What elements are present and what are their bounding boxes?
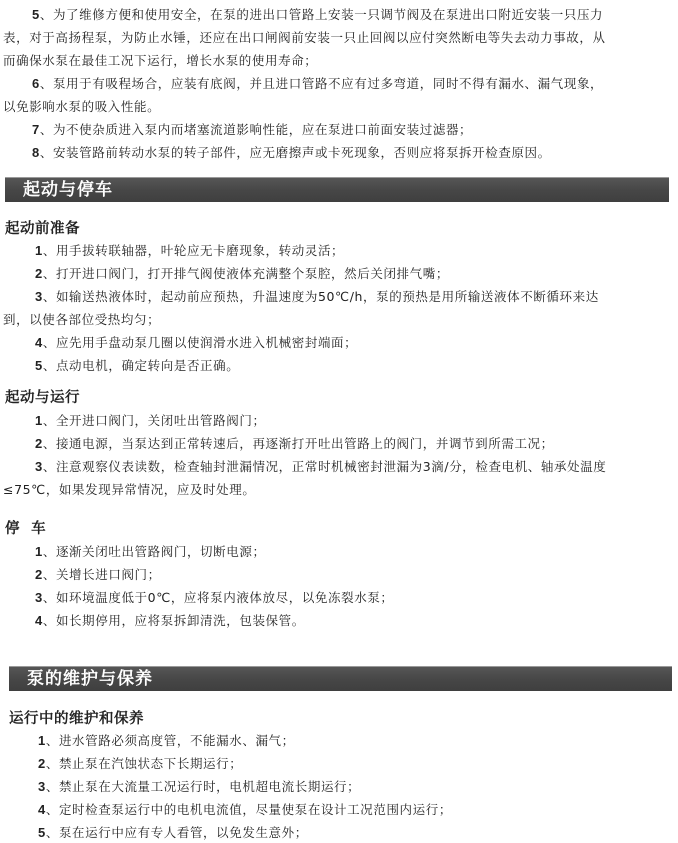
pre-start-item-3-line-1: 3、如输送热液体时，起动前应预热，升温速度为50℃/h，泵的预热是用所输送液体不… bbox=[35, 286, 599, 309]
maintenance-item-5: 5、泵在运行中应有专人看管，以免发生意外； bbox=[38, 822, 308, 843]
subheading-stop: 停 车 bbox=[5, 517, 46, 538]
subheading-start-run: 起动与运行 bbox=[5, 386, 80, 407]
pre-start-item-1: 1、用手拔转联轴器，叶轮应无卡磨现象，转动灵活； bbox=[35, 240, 344, 263]
maintenance-item-4: 4、定时检查泵运行中的电机电流值，尽量使泵在设计工况范围内运行； bbox=[38, 799, 452, 822]
start-run-item-3-line-1: 3、注意观察仪表读数，检查轴封泄漏情况，正常时机械密封泄漏为3滴/分，检查电机、… bbox=[35, 456, 606, 479]
intro-item-5-line-3: 而确保水泵在最佳工况下运行，增长水泵的使用寿命； bbox=[3, 50, 317, 73]
manual-page: 5、为了维修方便和使用安全，在泵的进出口管路上安装一只调节阀及在泵进出口附近安装… bbox=[0, 0, 678, 843]
stop-item-1: 1、逐渐关闭吐出管路阀门，切断电源； bbox=[35, 541, 266, 564]
section-bar-maintenance: 泵的维护与保养 bbox=[9, 666, 672, 691]
start-run-item-2: 2、接通电源，当泵达到正常转速后，再逐渐打开吐出管路上的阀门，并调节到所需工况； bbox=[35, 433, 554, 456]
intro-item-5-line-2: 表，对于高扬程泵，为防止水锤，还应在出口闸阀前安装一只止回阀以应付突然断电等失去… bbox=[3, 27, 606, 50]
intro-item-6-line-1: 6、泵用于有吸程场合，应装有底阀，并且进口管路不应有过多弯道，同时不得有漏水、漏… bbox=[32, 73, 603, 96]
subheading-pre-start: 起动前准备 bbox=[5, 217, 80, 238]
pre-start-item-4: 4、应先用手盘动泵几圈以使润滑水进入机械密封端面； bbox=[35, 332, 357, 355]
pre-start-item-3-line-2: 到，以使各部位受热均匀； bbox=[3, 309, 160, 332]
pre-start-item-5: 5、点动电机，确定转向是否正确。 bbox=[35, 355, 239, 378]
start-run-item-3-line-2: ≤75℃，如果发现异常情况，应及时处理。 bbox=[3, 479, 255, 502]
section-title: 起动与停车 bbox=[23, 179, 113, 201]
section-title: 泵的维护与保养 bbox=[27, 668, 153, 690]
intro-item-6-line-2: 以免影响水泵的吸入性能。 bbox=[3, 96, 160, 119]
stop-item-3: 3、如环境温度低于0℃，应将泵内液体放尽，以免冻裂水泵； bbox=[35, 587, 394, 610]
subheading-running-maintenance: 运行中的维护和保养 bbox=[9, 707, 144, 728]
maintenance-item-1: 1、进水管路必须高度管，不能漏水、漏气； bbox=[38, 730, 295, 753]
intro-item-8: 8、安装管路前转动水泵的转子部件，应无磨擦声或卡死现象，否则应将泵拆开检查原因。 bbox=[32, 142, 551, 165]
intro-item-7: 7、为不使杂质进入泵内而堵塞流道影响性能，应在泵进口前面安装过滤器； bbox=[32, 119, 472, 142]
intro-item-5-line-1: 5、为了维修方便和使用安全，在泵的进出口管路上安装一只调节阀及在泵进出口附近安装… bbox=[32, 4, 603, 27]
stop-item-4: 4、如长期停用，应将泵拆卸清洗，包装保管。 bbox=[35, 610, 305, 633]
maintenance-item-3: 3、禁止泵在大流量工况运行时，电机超电流长期运行； bbox=[38, 776, 360, 799]
pre-start-item-2: 2、打开进口阀门，打开排气阀使液体充满整个泵腔，然后关闭排气嘴； bbox=[35, 263, 449, 286]
start-run-item-1: 1、全开进口阀门，关闭吐出管路阀门； bbox=[35, 410, 266, 433]
stop-item-2: 2、关增长进口阀门； bbox=[35, 564, 161, 587]
maintenance-item-2: 2、禁止泵在汽蚀状态下长期运行； bbox=[38, 753, 242, 776]
section-bar-start-stop: 起动与停车 bbox=[5, 177, 669, 202]
